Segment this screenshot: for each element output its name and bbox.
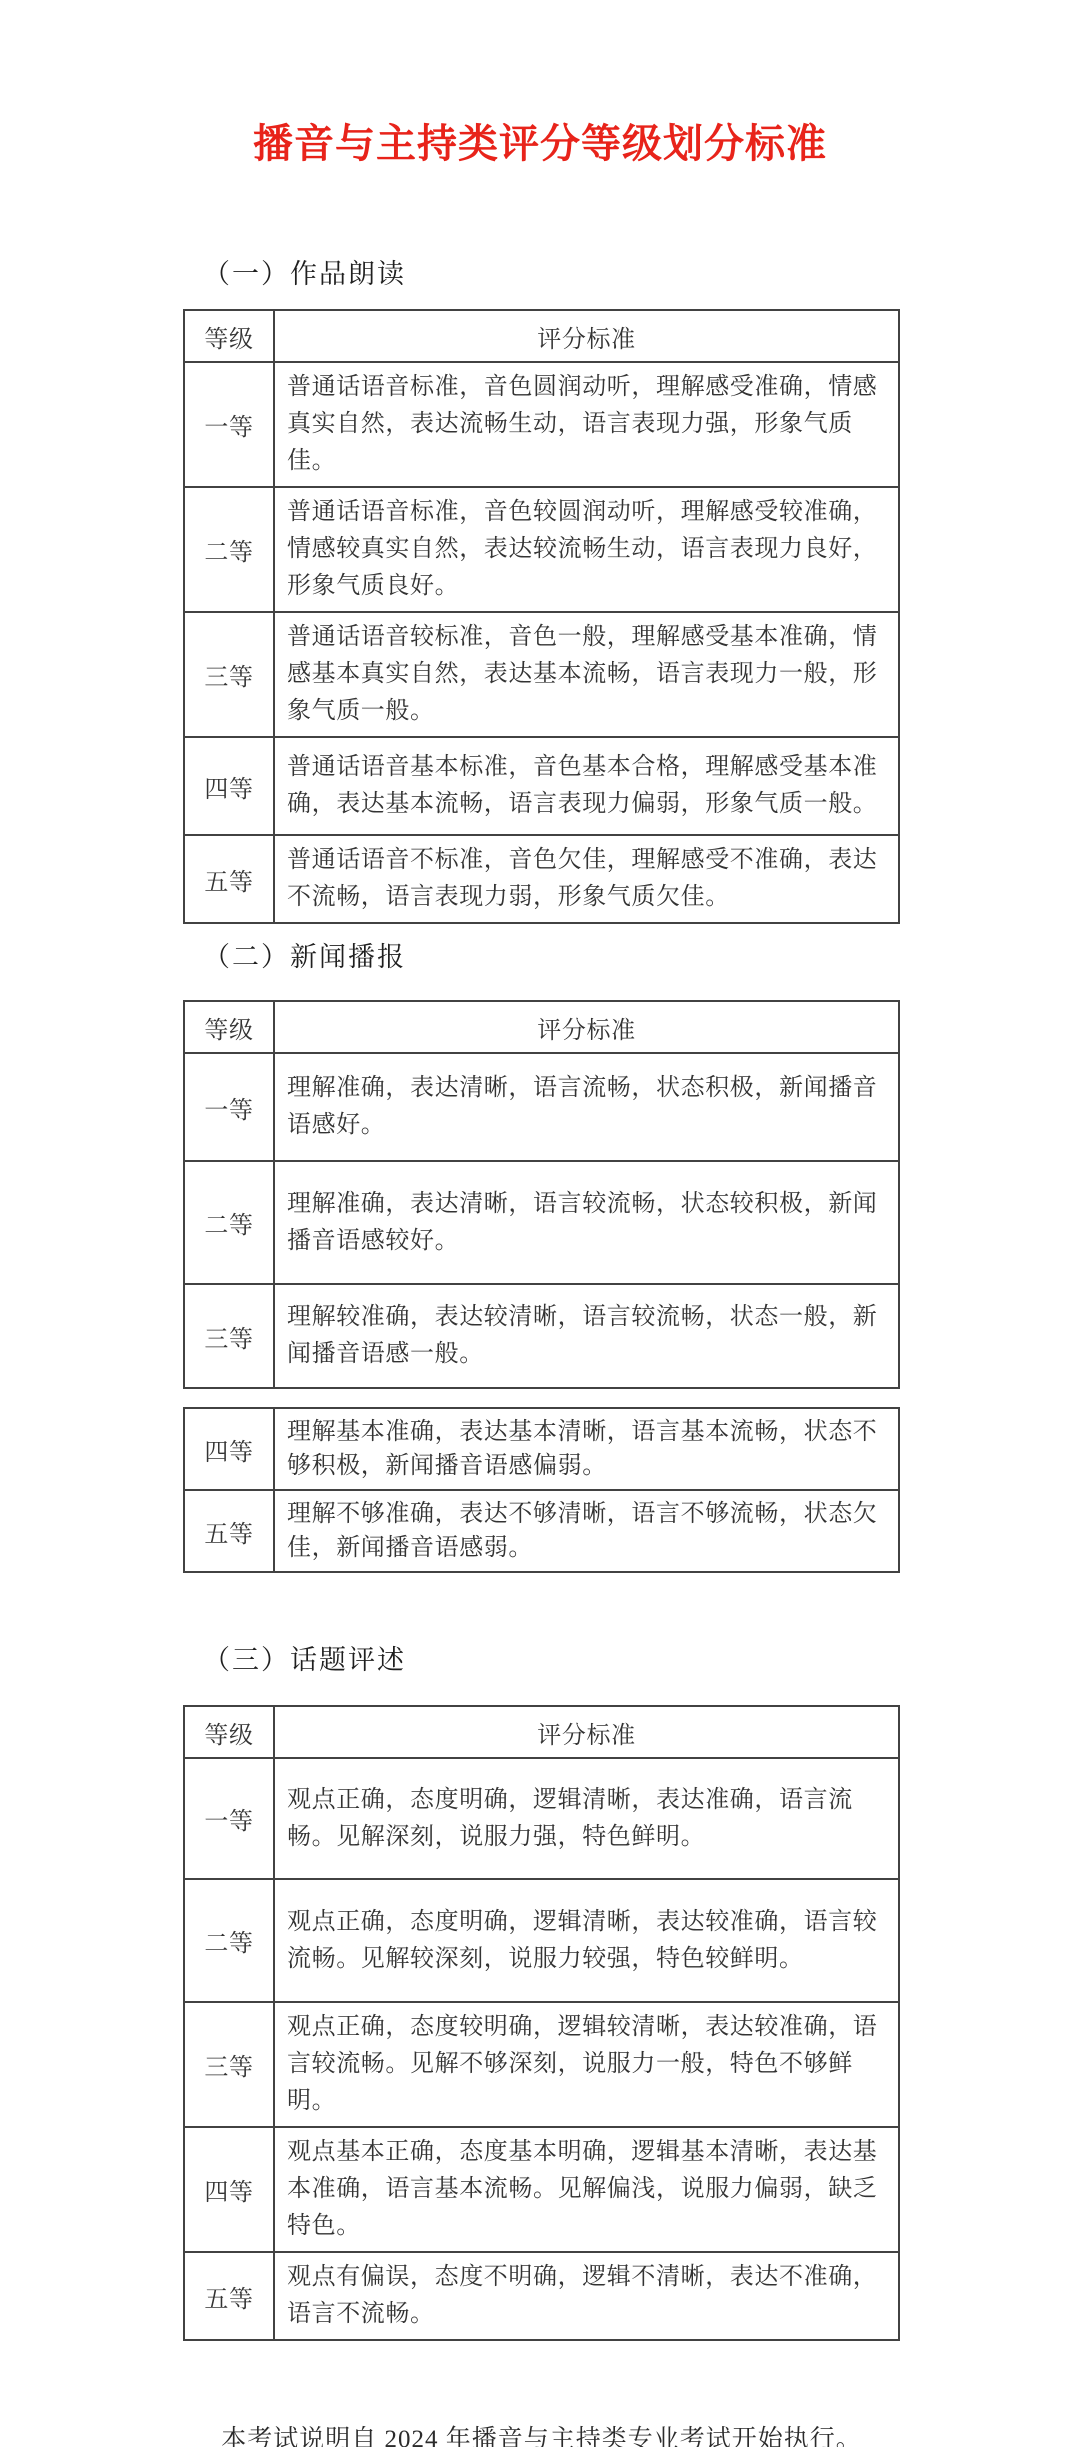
criteria-cell: 普通话语音标准，音色圆润动听，理解感受准确，情感真实自然，表达流畅生动，语言表现… bbox=[274, 362, 899, 487]
grade-cell: 二等 bbox=[184, 487, 274, 612]
document-page: 播音与主持类评分等级划分标准 （一）作品朗读 等级 评分标准 一等 普通话语音标… bbox=[0, 0, 1080, 2447]
page-title: 播音与主持类评分等级划分标准 bbox=[0, 0, 1080, 169]
grade-cell: 一等 bbox=[184, 1758, 274, 1879]
table-row: 五等 理解不够准确，表达不够清晰，语言不够流畅，状态欠佳，新闻播音语感弱。 bbox=[184, 1490, 899, 1572]
section-heading-1: （一）作品朗读 bbox=[203, 259, 900, 289]
table-row: 四等 观点基本正确，态度基本明确，逻辑基本清晰，表达基本准确，语言基本流畅。见解… bbox=[184, 2127, 899, 2252]
table-row: 三等 理解较准确，表达较清晰，语言较流畅，状态一般，新闻播音语感一般。 bbox=[184, 1284, 899, 1388]
table-row: 一等 观点正确，态度明确，逻辑清晰，表达准确，语言流畅。见解深刻，说服力强，特色… bbox=[184, 1758, 899, 1879]
criteria-header-cell: 评分标准 bbox=[274, 310, 899, 362]
table-header-row: 等级 评分标准 bbox=[184, 1706, 899, 1758]
criteria-cell: 普通话语音不标准，音色欠佳，理解感受不准确，表达不流畅，语言表现力弱，形象气质欠… bbox=[274, 835, 899, 923]
table-row: 三等 观点正确，态度较明确，逻辑较清晰，表达较准确，语言较流畅。见解不够深刻，说… bbox=[184, 2002, 899, 2127]
criteria-cell: 观点基本正确，态度基本明确，逻辑基本清晰，表达基本准确，语言基本流畅。见解偏浅，… bbox=[274, 2127, 899, 2252]
criteria-header-cell: 评分标准 bbox=[274, 1001, 899, 1053]
grades-table-1: 等级 评分标准 一等 普通话语音标准，音色圆润动听，理解感受准确，情感真实自然，… bbox=[183, 309, 900, 924]
criteria-cell: 观点正确，态度明确，逻辑清晰，表达准确，语言流畅。见解深刻，说服力强，特色鲜明。 bbox=[274, 1758, 899, 1879]
grade-header-cell: 等级 bbox=[184, 310, 274, 362]
table-row: 二等 普通话语音标准，音色较圆润动听，理解感受较准确，情感较真实自然，表达较流畅… bbox=[184, 487, 899, 612]
table-row: 二等 观点正确，态度明确，逻辑清晰，表达较准确，语言较流畅。见解较深刻，说服力较… bbox=[184, 1879, 899, 2002]
grades-table-2b: 四等 理解基本准确，表达基本清晰，语言基本流畅，状态不够积极，新闻播音语感偏弱。… bbox=[183, 1407, 900, 1573]
grade-cell: 四等 bbox=[184, 2127, 274, 2252]
grade-cell: 五等 bbox=[184, 2252, 274, 2340]
criteria-cell: 观点有偏误，态度不明确，逻辑不清晰，表达不准确，语言不流畅。 bbox=[274, 2252, 899, 2340]
grade-cell: 四等 bbox=[184, 737, 274, 835]
grade-cell: 二等 bbox=[184, 1161, 274, 1284]
criteria-header-cell: 评分标准 bbox=[274, 1706, 899, 1758]
criteria-cell: 观点正确，态度较明确，逻辑较清晰，表达较准确，语言较流畅。见解不够深刻，说服力一… bbox=[274, 2002, 899, 2127]
table-row: 二等 理解准确，表达清晰，语言较流畅，状态较积极，新闻播音语感较好。 bbox=[184, 1161, 899, 1284]
footer-note: 本考试说明自 2024 年播音与主持类专业考试开始执行。 bbox=[183, 2419, 900, 2447]
criteria-cell: 普通话语音标准，音色较圆润动听，理解感受较准确，情感较真实自然，表达较流畅生动，… bbox=[274, 487, 899, 612]
grade-header-cell: 等级 bbox=[184, 1001, 274, 1053]
grade-cell: 五等 bbox=[184, 835, 274, 923]
grade-cell: 五等 bbox=[184, 1490, 274, 1572]
table-row: 三等 普通话语音较标准，音色一般，理解感受基本准确，情感基本真实自然，表达基本流… bbox=[184, 612, 899, 737]
document-content: （一）作品朗读 等级 评分标准 一等 普通话语音标准，音色圆润动听，理解感受准确… bbox=[183, 259, 900, 2447]
table-header-row: 等级 评分标准 bbox=[184, 1001, 899, 1053]
grade-cell: 三等 bbox=[184, 1284, 274, 1388]
section-heading-3: （三）话题评述 bbox=[203, 1645, 900, 1675]
criteria-cell: 观点正确，态度明确，逻辑清晰，表达较准确，语言较流畅。见解较深刻，说服力较强，特… bbox=[274, 1879, 899, 2002]
table-row: 五等 观点有偏误，态度不明确，逻辑不清晰，表达不准确，语言不流畅。 bbox=[184, 2252, 899, 2340]
grade-cell: 一等 bbox=[184, 362, 274, 487]
criteria-cell: 理解较准确，表达较清晰，语言较流畅，状态一般，新闻播音语感一般。 bbox=[274, 1284, 899, 1388]
grade-cell: 三等 bbox=[184, 612, 274, 737]
table-row: 一等 理解准确，表达清晰，语言流畅，状态积极，新闻播音语感好。 bbox=[184, 1053, 899, 1161]
grade-cell: 三等 bbox=[184, 2002, 274, 2127]
criteria-cell: 理解准确，表达清晰，语言流畅，状态积极，新闻播音语感好。 bbox=[274, 1053, 899, 1161]
table-row: 一等 普通话语音标准，音色圆润动听，理解感受准确，情感真实自然，表达流畅生动，语… bbox=[184, 362, 899, 487]
grades-table-2a: 等级 评分标准 一等 理解准确，表达清晰，语言流畅，状态积极，新闻播音语感好。 … bbox=[183, 1000, 900, 1389]
criteria-cell: 普通话语音较标准，音色一般，理解感受基本准确，情感基本真实自然，表达基本流畅，语… bbox=[274, 612, 899, 737]
section-heading-2: （二）新闻播报 bbox=[203, 942, 900, 972]
table-row: 五等 普通话语音不标准，音色欠佳，理解感受不准确，表达不流畅，语言表现力弱，形象… bbox=[184, 835, 899, 923]
criteria-cell: 普通话语音基本标准，音色基本合格，理解感受基本准确，表达基本流畅，语言表现力偏弱… bbox=[274, 737, 899, 835]
grade-header-cell: 等级 bbox=[184, 1706, 274, 1758]
criteria-cell: 理解不够准确，表达不够清晰，语言不够流畅，状态欠佳，新闻播音语感弱。 bbox=[274, 1490, 899, 1572]
table-header-row: 等级 评分标准 bbox=[184, 310, 899, 362]
grades-table-3: 等级 评分标准 一等 观点正确，态度明确，逻辑清晰，表达准确，语言流畅。见解深刻… bbox=[183, 1705, 900, 2341]
grade-cell: 一等 bbox=[184, 1053, 274, 1161]
criteria-cell: 理解基本准确，表达基本清晰，语言基本流畅，状态不够积极，新闻播音语感偏弱。 bbox=[274, 1408, 899, 1490]
grade-cell: 二等 bbox=[184, 1879, 274, 2002]
table-row: 四等 理解基本准确，表达基本清晰，语言基本流畅，状态不够积极，新闻播音语感偏弱。 bbox=[184, 1408, 899, 1490]
criteria-cell: 理解准确，表达清晰，语言较流畅，状态较积极，新闻播音语感较好。 bbox=[274, 1161, 899, 1284]
grade-cell: 四等 bbox=[184, 1408, 274, 1490]
table-row: 四等 普通话语音基本标准，音色基本合格，理解感受基本准确，表达基本流畅，语言表现… bbox=[184, 737, 899, 835]
